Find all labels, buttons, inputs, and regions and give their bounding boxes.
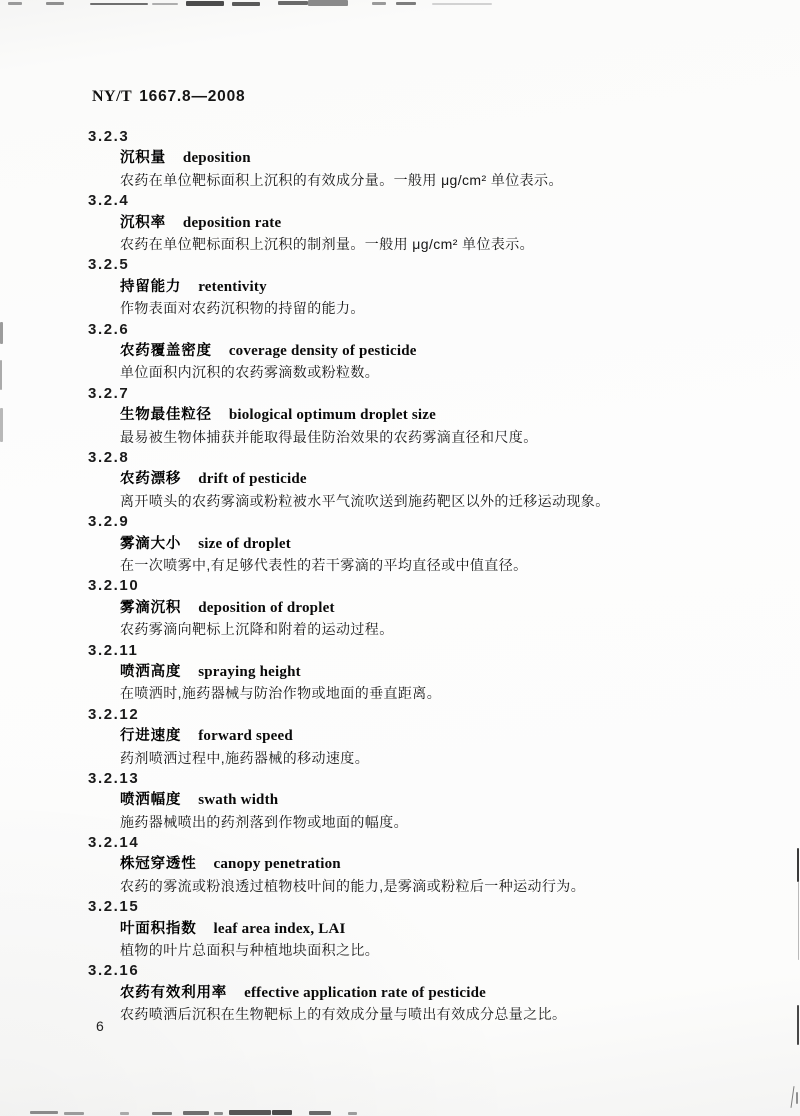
term-line: 株冠穿透性canopy penetration [88, 853, 728, 875]
term-entry: 3.2.16 农药有效利用率effective application rate… [88, 960, 728, 1024]
term-chinese: 沉积率 [120, 215, 166, 231]
term-chinese: 生物最佳粒径 [120, 407, 212, 423]
scan-smudge [0, 408, 3, 442]
term-entry: 3.2.10 雾滴沉积deposition of droplet 农药雾滴向靶标… [88, 575, 728, 639]
scan-smudge [272, 1110, 292, 1115]
scan-smudge [796, 1092, 798, 1104]
term-chinese: 叶面积指数 [120, 921, 197, 937]
term-line: 生物最佳粒径biological optimum droplet size [88, 404, 728, 426]
term-definition: 农药喷洒后沉积在生物靶标上的有效成分量与喷出有效成分总量之比。 [88, 1004, 728, 1025]
scan-smudge [90, 3, 148, 5]
term-chinese: 喷洒幅度 [120, 792, 181, 808]
section-number: 3.2.4 [88, 190, 728, 211]
term-entry: 3.2.3 沉积量deposition 农药在单位靶标面积上沉积的有效成分量。一… [88, 126, 728, 190]
scan-smudge [214, 1112, 223, 1115]
term-entry: 3.2.8 农药漂移drift of pesticide 离开喷头的农药雾滴或粉… [88, 447, 728, 511]
term-definition: 在一次喷雾中,有足够代表性的若干雾滴的平均直径或中值直径。 [88, 555, 728, 576]
term-english: canopy penetration [214, 856, 341, 872]
term-definition: 植物的叶片总面积与种植地块面积之比。 [88, 940, 728, 961]
term-entry: 3.2.6 农药覆盖密度coverage density of pesticid… [88, 319, 728, 383]
scan-smudge [183, 1111, 209, 1115]
scan-smudge [797, 1005, 799, 1045]
term-definition: 农药在单位靶标面积上沉积的有效成分量。一般用 μg/cm² 单位表示。 [88, 170, 728, 191]
term-chinese: 株冠穿透性 [120, 856, 197, 872]
terminology-list: 3.2.3 沉积量deposition 农药在单位靶标面积上沉积的有效成分量。一… [88, 126, 728, 1025]
term-english: swath width [198, 792, 278, 808]
section-number: 3.2.3 [88, 126, 728, 147]
term-line: 喷洒幅度swath width [88, 789, 728, 811]
term-definition: 作物表面对农药沉积物的持留的能力。 [88, 298, 728, 319]
scan-smudge [120, 1112, 129, 1115]
scan-smudge [152, 1112, 172, 1115]
scan-smudge [30, 1111, 58, 1114]
section-number: 3.2.15 [88, 896, 728, 917]
term-chinese: 雾滴大小 [120, 536, 181, 552]
term-entry: 3.2.15 叶面积指数leaf area index, LAI 植物的叶片总面… [88, 896, 728, 960]
term-line: 农药漂移drift of pesticide [88, 468, 728, 490]
scan-smudge [278, 1, 308, 5]
term-entry: 3.2.11 喷洒高度spraying height 在喷洒时,施药器械与防治作… [88, 640, 728, 704]
term-line: 雾滴大小size of droplet [88, 533, 728, 555]
term-line: 雾滴沉积deposition of droplet [88, 597, 728, 619]
term-english: retentivity [198, 279, 267, 295]
scan-smudge [372, 2, 386, 5]
section-number: 3.2.7 [88, 383, 728, 404]
scanned-page: NY/T1667.8—2008 3.2.3 沉积量deposition 农药在单… [0, 0, 800, 1116]
term-english: deposition rate [183, 215, 281, 231]
term-definition: 单位面积内沉积的农药雾滴数或粉粒数。 [88, 362, 728, 383]
section-number: 3.2.11 [88, 640, 728, 661]
term-line: 农药覆盖密度coverage density of pesticide [88, 340, 728, 362]
standard-code-number: 1667.8—2008 [139, 88, 245, 105]
term-chinese: 喷洒高度 [120, 664, 181, 680]
term-english: deposition [183, 150, 251, 166]
section-number: 3.2.14 [88, 832, 728, 853]
term-chinese: 农药覆盖密度 [120, 343, 212, 359]
scan-smudge [152, 3, 178, 5]
section-number: 3.2.10 [88, 575, 728, 596]
term-chinese: 农药有效利用率 [120, 985, 227, 1001]
section-number: 3.2.5 [88, 254, 728, 275]
term-entry: 3.2.7 生物最佳粒径biological optimum droplet s… [88, 383, 728, 447]
scan-smudge [309, 1111, 331, 1115]
term-english: effective application rate of pesticide [244, 985, 486, 1001]
term-line: 喷洒高度spraying height [88, 661, 728, 683]
term-line: 沉积率deposition rate [88, 212, 728, 234]
term-definition: 施药器械喷出的药剂落到作物或地面的幅度。 [88, 812, 728, 833]
scan-smudge [0, 322, 3, 344]
term-definition: 农药的雾流或粉浪透过植物枝叶间的能力,是雾滴或粉粒后一种运动行为。 [88, 876, 728, 897]
section-number: 3.2.13 [88, 768, 728, 789]
scan-smudge [798, 882, 799, 960]
term-line: 行进速度forward speed [88, 725, 728, 747]
term-entry: 3.2.4 沉积率deposition rate 农药在单位靶标面积上沉积的制剂… [88, 190, 728, 254]
term-english: spraying height [198, 664, 301, 680]
term-chinese: 沉积量 [120, 150, 166, 166]
term-english: leaf area index, LAI [214, 921, 346, 937]
term-chinese: 农药漂移 [120, 471, 181, 487]
term-english: size of droplet [198, 536, 291, 552]
scan-smudge [790, 1086, 794, 1108]
term-line: 农药有效利用率effective application rate of pes… [88, 982, 728, 1004]
term-chinese: 行进速度 [120, 728, 181, 744]
scan-smudge [432, 3, 492, 5]
scan-smudge [797, 848, 799, 882]
term-entry: 3.2.13 喷洒幅度swath width 施药器械喷出的药剂落到作物或地面的… [88, 768, 728, 832]
term-english: forward speed [198, 728, 293, 744]
section-number: 3.2.6 [88, 319, 728, 340]
term-english: drift of pesticide [198, 471, 307, 487]
standard-code-prefix: NY/T [92, 88, 132, 105]
scan-smudge [8, 2, 22, 5]
section-number: 3.2.8 [88, 447, 728, 468]
section-number: 3.2.16 [88, 960, 728, 981]
section-number: 3.2.12 [88, 704, 728, 725]
term-entry: 3.2.14 株冠穿透性canopy penetration 农药的雾流或粉浪透… [88, 832, 728, 896]
section-number: 3.2.9 [88, 511, 728, 532]
scan-smudge [348, 1112, 357, 1115]
scan-smudge [396, 2, 416, 5]
term-chinese: 雾滴沉积 [120, 600, 181, 616]
term-definition: 最易被生物体捕获并能取得最佳防治效果的农药雾滴直径和尺度。 [88, 427, 728, 448]
term-line: 沉积量deposition [88, 147, 728, 169]
term-entry: 3.2.12 行进速度forward speed 药剂喷洒过程中,施药器械的移动… [88, 704, 728, 768]
term-definition: 在喷洒时,施药器械与防治作物或地面的垂直距离。 [88, 683, 728, 704]
document-header: NY/T1667.8—2008 [92, 88, 245, 106]
term-definition: 农药雾滴向靶标上沉降和附着的运动过程。 [88, 619, 728, 640]
term-chinese: 持留能力 [120, 279, 181, 295]
scan-smudge [186, 1, 224, 6]
scan-smudge [308, 0, 348, 6]
term-english: deposition of droplet [198, 600, 334, 616]
term-definition: 药剂喷洒过程中,施药器械的移动速度。 [88, 748, 728, 769]
term-line: 持留能力retentivity [88, 276, 728, 298]
scan-smudge [232, 2, 260, 6]
term-line: 叶面积指数leaf area index, LAI [88, 918, 728, 940]
page-number: 6 [96, 1018, 104, 1034]
scan-smudge [229, 1110, 271, 1115]
scan-smudge [46, 2, 64, 5]
term-entry: 3.2.9 雾滴大小size of droplet 在一次喷雾中,有足够代表性的… [88, 511, 728, 575]
term-definition: 农药在单位靶标面积上沉积的制剂量。一般用 μg/cm² 单位表示。 [88, 234, 728, 255]
scan-smudge [0, 360, 2, 390]
term-english: biological optimum droplet size [229, 407, 436, 423]
scan-smudge [64, 1112, 84, 1115]
term-entry: 3.2.5 持留能力retentivity 作物表面对农药沉积物的持留的能力。 [88, 254, 728, 318]
term-english: coverage density of pesticide [229, 343, 417, 359]
term-definition: 离开喷头的农药雾滴或粉粒被水平气流吹送到施药靶区以外的迁移运动现象。 [88, 491, 728, 512]
